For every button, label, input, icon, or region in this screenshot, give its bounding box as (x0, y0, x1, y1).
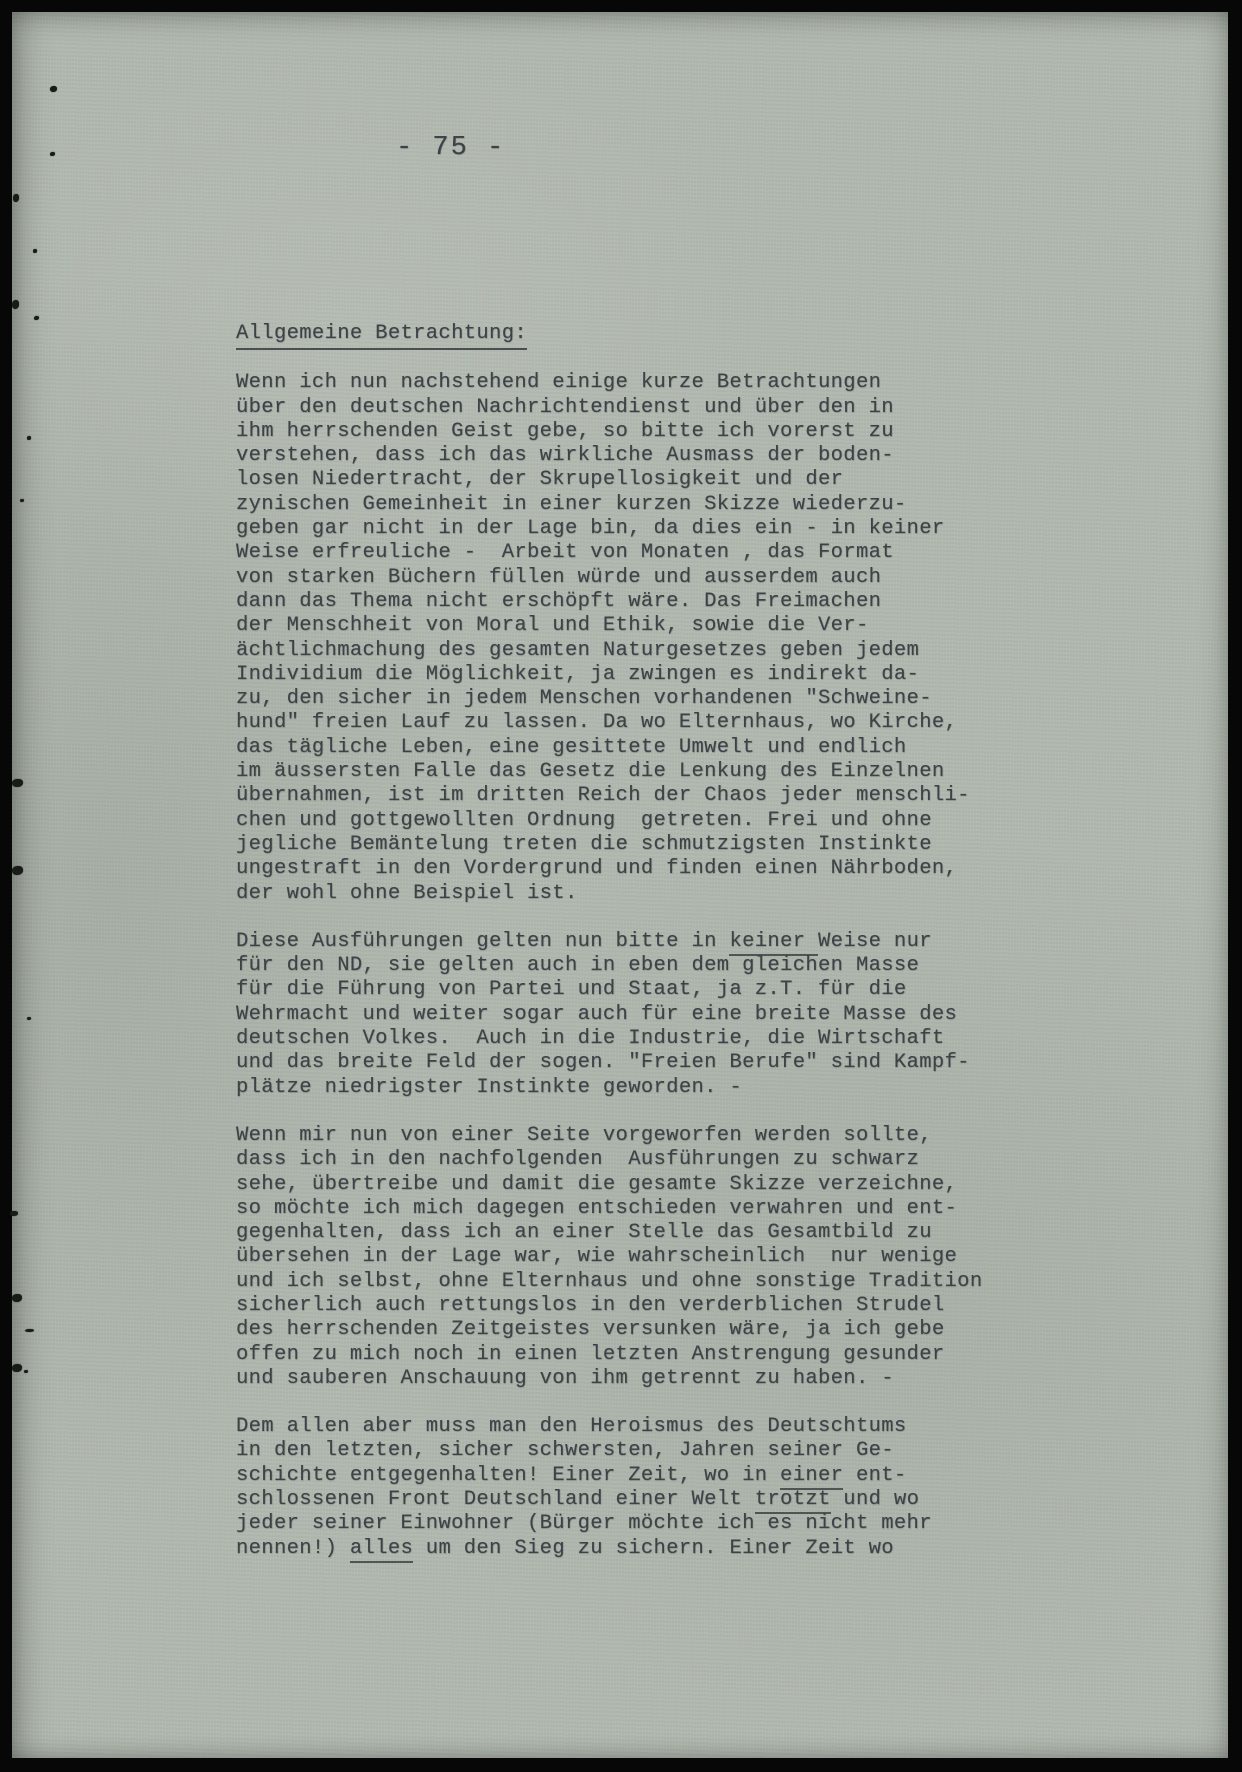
scan-speck (33, 249, 37, 253)
text-line: und das breite Feld der sogen. "Freien B… (236, 1051, 1011, 1075)
text-line: über den deutschen Nachrichtendienst und… (236, 396, 1011, 420)
paragraph: Dem allen aber muss man den Heroismus de… (236, 1415, 1011, 1561)
text-line: in den letzten, sicher schwersten, Jahre… (236, 1439, 1011, 1463)
text-line: im äussersten Falle das Gesetz die Lenku… (236, 760, 1011, 784)
text-line: hund" freien Lauf zu lassen. Da wo Elter… (236, 711, 1011, 735)
text-line: losen Niedertracht, der Skrupellosigkeit… (236, 468, 1011, 492)
scanned-page-screen: - 75 - Allgemeine Betrachtung: Wenn ich … (0, 0, 1242, 1772)
document-body: Allgemeine Betrachtung: Wenn ich nun nac… (236, 322, 1011, 1585)
text-line: Dem allen aber muss man den Heroismus de… (236, 1415, 1011, 1439)
page-number: - 75 - (396, 133, 505, 163)
text-line: verstehen, dass ich das wirkliche Ausmas… (236, 444, 1011, 468)
text-line: für die Führung von Partei und Staat, ja… (236, 978, 1011, 1002)
paragraph: Diese Ausführungen gelten nun bitte in k… (236, 930, 1011, 1100)
text-line: und ich selbst, ohne Elternhaus und ohne… (236, 1270, 1011, 1294)
text-line: plätze niedrigster Instinkte geworden. - (236, 1076, 1011, 1100)
scan-speck (24, 1370, 28, 1373)
text-line: ächtlichmachung des gesamten Naturgesetz… (236, 639, 1011, 663)
paragraph: Wenn mir nun von einer Seite vorgeworfen… (236, 1124, 1011, 1391)
underlined-word: trotzt (755, 1488, 831, 1514)
text-line: zu, den sicher in jedem Menschen vorhand… (236, 687, 1011, 711)
text-line: Weise erfreuliche - Arbeit von Monaten ,… (236, 541, 1011, 565)
text-line: schichte entgegenhalten! Einer Zeit, wo … (236, 1464, 1011, 1488)
underlined-word: alles (350, 1537, 413, 1563)
text-line: sicherlich auch rettungslos in den verde… (236, 1294, 1011, 1318)
scan-speck (25, 1329, 34, 1332)
text-line: das tägliche Leben, eine gesittete Umwel… (236, 736, 1011, 760)
text-line: des herrschenden Zeitgeistes versunken w… (236, 1318, 1011, 1342)
scan-speck (20, 499, 24, 502)
text-line: der Menschheit von Moral und Ethik, sowi… (236, 614, 1011, 638)
text-line: Diese Ausführungen gelten nun bitte in k… (236, 930, 1011, 954)
scan-speck (10, 1211, 18, 1216)
text-line: und sauberen Anschauung von ihm getrennt… (236, 1367, 1011, 1391)
text-line: so möchte ich mich dagegen entschieden v… (236, 1197, 1011, 1221)
underlined-word: einer (780, 1464, 843, 1490)
text-line: geben gar nicht in der Lage bin, da dies… (236, 517, 1011, 541)
scan-speck (13, 194, 19, 202)
text-line: deutschen Volkes. Auch in die Industrie,… (236, 1027, 1011, 1051)
scan-speck (12, 1364, 22, 1372)
text-line: übernahmen, ist im dritten Reich der Cha… (236, 784, 1011, 808)
scan-speck (12, 1294, 22, 1302)
text-line: Wenn ich nun nachstehend einige kurze Be… (236, 371, 1011, 395)
text-line: Wenn mir nun von einer Seite vorgeworfen… (236, 1124, 1011, 1148)
text-line: gegenhalten, dass ich an einer Stelle da… (236, 1221, 1011, 1245)
text-line: für den ND, sie gelten auch in eben dem … (236, 954, 1011, 978)
text-line: der wohl ohne Beispiel ist. (236, 882, 1011, 906)
scan-speck (12, 300, 19, 309)
text-line: chen und gottgewollten Ordnung getreten.… (236, 809, 1011, 833)
underlined-word: keiner (729, 930, 818, 956)
paragraph: Wenn ich nun nachstehend einige kurze Be… (236, 371, 1011, 906)
text-line: dann das Thema nicht erschöpft wäre. Das… (236, 590, 1011, 614)
scan-speck (34, 316, 39, 320)
text-line: schlossenen Front Deutschland einer Welt… (236, 1488, 1011, 1512)
text-line: jegliche Bemäntelung treten die schmutzi… (236, 833, 1011, 857)
text-line: ihm herrschenden Geist gebe, so bitte ic… (236, 420, 1011, 444)
text-line: ungestraft in den Vordergrund und finden… (236, 857, 1011, 881)
scan-speck (27, 1017, 31, 1020)
text-line: übersehen in der Lage war, wie wahrschei… (236, 1245, 1011, 1269)
text-line: offen zu mich noch in einen letzten Anst… (236, 1343, 1011, 1367)
text-line: sehe, übertreibe und damit die gesamte S… (236, 1173, 1011, 1197)
text-line: jeder seiner Einwohner (Bürger möchte ic… (236, 1512, 1011, 1536)
section-heading: Allgemeine Betrachtung: (236, 322, 527, 350)
text-line: zynischen Gemeinheit in einer kurzen Ski… (236, 493, 1011, 517)
scan-speck (12, 779, 23, 787)
text-line: nennen!) alles um den Sieg zu sichern. E… (236, 1537, 1011, 1561)
paragraphs: Wenn ich nun nachstehend einige kurze Be… (236, 371, 1011, 1561)
scan-speck (27, 436, 31, 440)
text-line: von starken Büchern füllen würde und aus… (236, 566, 1011, 590)
text-line: Individium die Möglichkeit, ja zwingen e… (236, 663, 1011, 687)
text-line: dass ich in den nachfolgenden Ausführung… (236, 1148, 1011, 1172)
scan-speck (12, 866, 23, 875)
scan-speck (50, 86, 57, 92)
text-line: Wehrmacht und weiter sogar auch für eine… (236, 1003, 1011, 1027)
scan-speck (50, 152, 55, 156)
